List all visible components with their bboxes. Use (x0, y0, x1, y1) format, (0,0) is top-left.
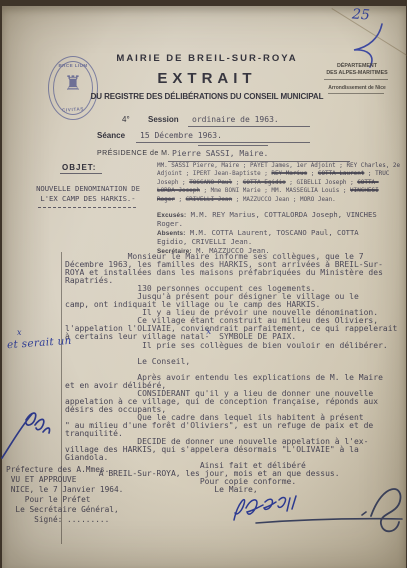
seance-label: Séance (97, 131, 125, 140)
attendance-line: Joseph ; TOSCANO Paul ; COTTA Egidio ; G… (157, 179, 405, 187)
objet-subject: NOUVELLE DENOMINATION DE L'EX CAMP DES H… (24, 184, 152, 203)
attendance-line: LORDA Joseph ; Mme BONI Marie ; MM. MASS… (157, 187, 405, 195)
mairie-title: MAIRIE DE BREIL-SUR-ROYA (102, 53, 312, 64)
deliberation-body: Monsieur le Maire informe ses collègues,… (65, 253, 405, 494)
registre-subtitle: DU REGISTRE DES DÉLIBÉRATIONS DU CONSEIL… (57, 92, 357, 101)
excuses-line: Excusés: M.M. REY Marius, COTTALORDA Jos… (157, 211, 405, 220)
secondary-signature (250, 474, 407, 540)
presidence-value: Pierre SASSI, Maire. (172, 149, 268, 158)
extrait-title: EXTRAIT (102, 70, 312, 87)
objet-subject-line2: L'EX CAMP DES HARKIS.- (24, 194, 152, 204)
margin-note-mark: x (17, 328, 22, 337)
seance-value: 15 Décembre 1963. (140, 131, 222, 140)
roll-call-block: Excusés: M.M. REY Marius, COTTALORDA Jos… (157, 211, 405, 256)
presidence-label: PRÉSIDENCE de M. (97, 150, 170, 157)
session-underline (188, 126, 310, 127)
body-insert-mark: x (205, 327, 211, 337)
seance-underline (136, 142, 310, 143)
document-page: 25 BRCE LIUM ♜ CIVITAS MAIRIE DE BREIL-S… (2, 6, 406, 568)
arrondissement-line: Arrondissement de Nice (318, 85, 396, 91)
objet-subject-line1: NOUVELLE DENOMINATION DE (24, 184, 152, 194)
session-label: Session (148, 115, 179, 124)
margin-signature (0, 402, 52, 464)
objet-underline (60, 173, 102, 174)
departement-rule (324, 79, 388, 80)
seance-underline-2 (198, 145, 268, 146)
objet-dashed-rule (38, 207, 136, 208)
stamp-top-text: BRCE LIUM (49, 63, 97, 68)
objet-label: OBJET: (62, 163, 96, 172)
attendance-line: Roger ; CRIVELLI Jean ; MAZZUCCO Jean ; … (157, 196, 405, 204)
prefecture-approval: Préfecture des A.Mmes. VU ET APPROUVE NI… (6, 465, 206, 526)
page-number-flourish-mark (344, 21, 394, 69)
attendance-list: MM. SASSI Pierre, Maire ; PAYET James, 1… (157, 162, 405, 204)
session-number: 4° (122, 115, 130, 124)
departement-line2: DES ALPES-MARITIMES (318, 70, 396, 76)
attendance-line: Adjoint ; IPERT Jean-Baptiste ; REY Mari… (157, 170, 405, 178)
margin-note: et serait un (7, 335, 72, 351)
departement-line1: DÉPARTEMENT (318, 63, 396, 69)
attendance-line: MM. SASSI Pierre, Maire ; PAYET James, 1… (157, 162, 405, 170)
arrondissement-rule (328, 93, 384, 94)
session-value: ordinaire de 1963. (192, 115, 279, 124)
municipal-stamp: BRCE LIUM ♜ CIVITAS (48, 56, 98, 120)
